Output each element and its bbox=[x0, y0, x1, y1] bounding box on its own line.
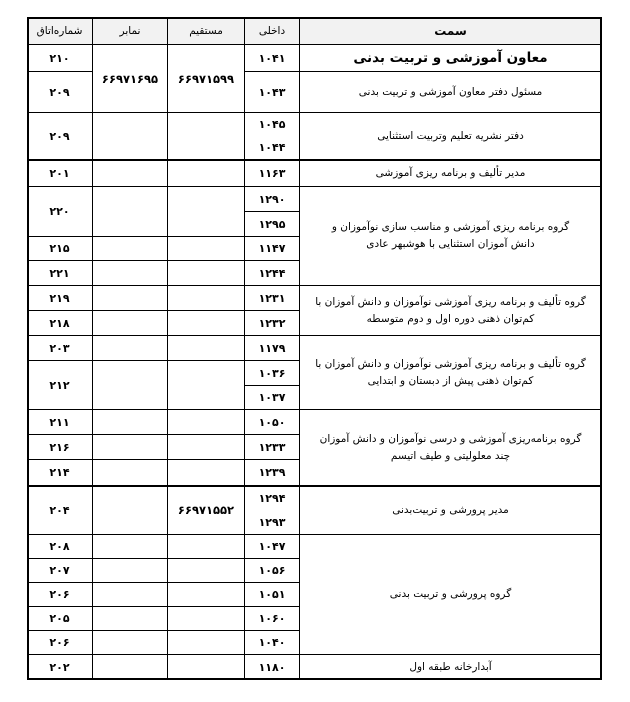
fax-cell bbox=[93, 113, 168, 160]
room-cell: ۲۱۵ bbox=[27, 237, 93, 261]
header-position: سمت bbox=[300, 17, 602, 45]
room-cell: ۲۰۸ bbox=[27, 535, 93, 559]
internal-cell: ۱۰۵۱ bbox=[245, 583, 300, 607]
direct-cell bbox=[168, 311, 245, 336]
internal-cell: ۱۱۷۹ bbox=[245, 336, 300, 361]
section-divider bbox=[27, 159, 602, 161]
internal-number: ۱۰۴۵ bbox=[259, 118, 286, 131]
group-title: گروه تألیف و برنامه ریزی آموزشی نوآموزان… bbox=[300, 336, 602, 410]
internal-cell: ۱۲۹۰ bbox=[245, 187, 300, 212]
fax-cell bbox=[93, 237, 168, 261]
fax-cell bbox=[93, 261, 168, 286]
fax-cell bbox=[93, 361, 168, 410]
position-title: مسئول دفتر معاون آموزشی و تربیت بدنی bbox=[300, 72, 602, 113]
room-cell: ۲۰۴ bbox=[27, 486, 93, 535]
internal-cell: ۱۰۴۰ bbox=[245, 631, 300, 655]
internal-cell: ۱۲۳۲ bbox=[245, 311, 300, 336]
room-cell: ۲۰۲ bbox=[27, 655, 93, 680]
internal-cell: ۱۰۴۱ bbox=[245, 45, 300, 72]
direct-cell bbox=[168, 655, 245, 680]
internal-cell: ۱۲۹۴ ۱۲۹۳ bbox=[245, 486, 300, 535]
fax-cell bbox=[93, 559, 168, 583]
room-cell: ۲۱۸ bbox=[27, 311, 93, 336]
position-title: دفتر نشریه تعلیم وتربیت استثنایی bbox=[300, 113, 602, 160]
internal-cell: ۱۰۴۳ bbox=[245, 72, 300, 113]
position-title: مدیر تألیف و برنامه ریزی آموزشی bbox=[300, 160, 602, 187]
position-title: مدیر پرورشی و تربیت‌بدنی bbox=[300, 486, 602, 535]
internal-cell: ۱۲۴۴ bbox=[245, 261, 300, 286]
internal-cell: ۱۰۴۵ ۱۰۴۴ bbox=[245, 113, 300, 160]
internal-number: ۱۲۹۴ bbox=[259, 492, 286, 505]
room-cell: ۲۰۶ bbox=[27, 583, 93, 607]
fax-cell bbox=[93, 460, 168, 486]
fax-cell bbox=[93, 583, 168, 607]
room-cell: ۲۰۶ bbox=[27, 631, 93, 655]
fax-cell bbox=[93, 655, 168, 680]
internal-cell: ۱۰۵۶ bbox=[245, 559, 300, 583]
internal-number: ۱۲۹۳ bbox=[259, 516, 286, 529]
section-divider bbox=[27, 485, 602, 487]
room-cell: ۲۰۱ bbox=[27, 160, 93, 187]
direct-cell bbox=[168, 535, 245, 559]
direct-cell bbox=[168, 187, 245, 237]
room-cell: ۲۰۹ bbox=[27, 113, 93, 160]
header-direct: مستقیم bbox=[168, 17, 245, 45]
direct-cell bbox=[168, 286, 245, 311]
room-cell: ۲۱۲ bbox=[27, 361, 93, 410]
direct-cell bbox=[168, 435, 245, 460]
internal-cell: ۱۰۳۷ bbox=[245, 386, 300, 410]
direct-cell bbox=[168, 460, 245, 486]
room-cell: ۲۰۷ bbox=[27, 559, 93, 583]
room-cell: ۲۱۶ bbox=[27, 435, 93, 460]
direct-cell bbox=[168, 631, 245, 655]
internal-cell: ۱۰۴۷ bbox=[245, 535, 300, 559]
position-title: آبدارخانه طبقه اول bbox=[300, 655, 602, 680]
contact-table: شماره‌اتاق نمابر مستقیم داخلی سمت ۲۱۰ ۲۰… bbox=[0, 0, 630, 702]
header-fax: نمابر bbox=[93, 17, 168, 45]
header-room: شماره‌اتاق bbox=[27, 17, 93, 45]
direct-cell bbox=[168, 361, 245, 410]
internal-cell: ۱۱۴۷ bbox=[245, 237, 300, 261]
fax-cell bbox=[93, 311, 168, 336]
fax-cell bbox=[93, 187, 168, 237]
internal-cell: ۱۱۸۰ bbox=[245, 655, 300, 680]
direct-cell bbox=[168, 261, 245, 286]
room-cell: ۲۱۴ bbox=[27, 460, 93, 486]
direct-cell bbox=[168, 559, 245, 583]
direct-cell: ۶۶۹۷۱۵۵۲ bbox=[168, 486, 245, 535]
header-internal: داخلی bbox=[245, 17, 300, 45]
fax-cell bbox=[93, 435, 168, 460]
internal-cell: ۱۱۶۳ bbox=[245, 160, 300, 187]
internal-cell: ۱۲۳۹ bbox=[245, 460, 300, 486]
internal-cell: ۱۰۳۶ bbox=[245, 361, 300, 386]
internal-number: ۱۰۴۴ bbox=[259, 141, 286, 154]
direct-cell bbox=[168, 583, 245, 607]
internal-cell: ۱۲۳۳ bbox=[245, 435, 300, 460]
group-title: گروه پرورشی و تربیت بدنی bbox=[300, 535, 602, 655]
fax-cell bbox=[93, 160, 168, 187]
group-title: گروه تألیف و برنامه ریزی آموزشی نوآموزان… bbox=[300, 286, 602, 336]
internal-cell: ۱۲۹۵ bbox=[245, 212, 300, 237]
fax-cell bbox=[93, 535, 168, 559]
group-title: گروه برنامه‌ریزی آموزشی و درسی نوآموزان … bbox=[300, 410, 602, 486]
internal-cell: ۱۲۳۱ bbox=[245, 286, 300, 311]
internal-cell: ۱۰۵۰ bbox=[245, 410, 300, 435]
fax-cell bbox=[93, 286, 168, 311]
direct-cell bbox=[168, 160, 245, 187]
room-cell: ۲۱۱ bbox=[27, 410, 93, 435]
internal-cell: ۱۰۶۰ bbox=[245, 607, 300, 631]
fax-cell bbox=[93, 410, 168, 435]
direct-cell bbox=[168, 607, 245, 631]
direct-cell bbox=[168, 410, 245, 435]
room-cell: ۲۰۹ bbox=[27, 72, 93, 113]
direct-cell bbox=[168, 113, 245, 160]
fax-cell bbox=[93, 486, 168, 535]
room-cell: ۲۱۰ bbox=[27, 45, 93, 72]
room-cell: ۲۰۳ bbox=[27, 336, 93, 361]
direct-cell: ۶۶۹۷۱۵۹۹ bbox=[168, 45, 245, 113]
direct-cell bbox=[168, 336, 245, 361]
fax-cell bbox=[93, 336, 168, 361]
fax-cell bbox=[93, 631, 168, 655]
group-title: گروه برنامه ریزی آموزشی و مناسب سازی نوآ… bbox=[300, 187, 602, 286]
fax-cell: ۶۶۹۷۱۶۹۵ bbox=[93, 45, 168, 113]
position-title: معاون آموزشی و تربیت بدنی bbox=[300, 45, 602, 72]
room-cell: ۲۲۰ bbox=[27, 187, 93, 237]
room-cell: ۲۰۵ bbox=[27, 607, 93, 631]
room-cell: ۲۱۹ bbox=[27, 286, 93, 311]
fax-cell bbox=[93, 607, 168, 631]
direct-cell bbox=[168, 237, 245, 261]
room-cell: ۲۲۱ bbox=[27, 261, 93, 286]
